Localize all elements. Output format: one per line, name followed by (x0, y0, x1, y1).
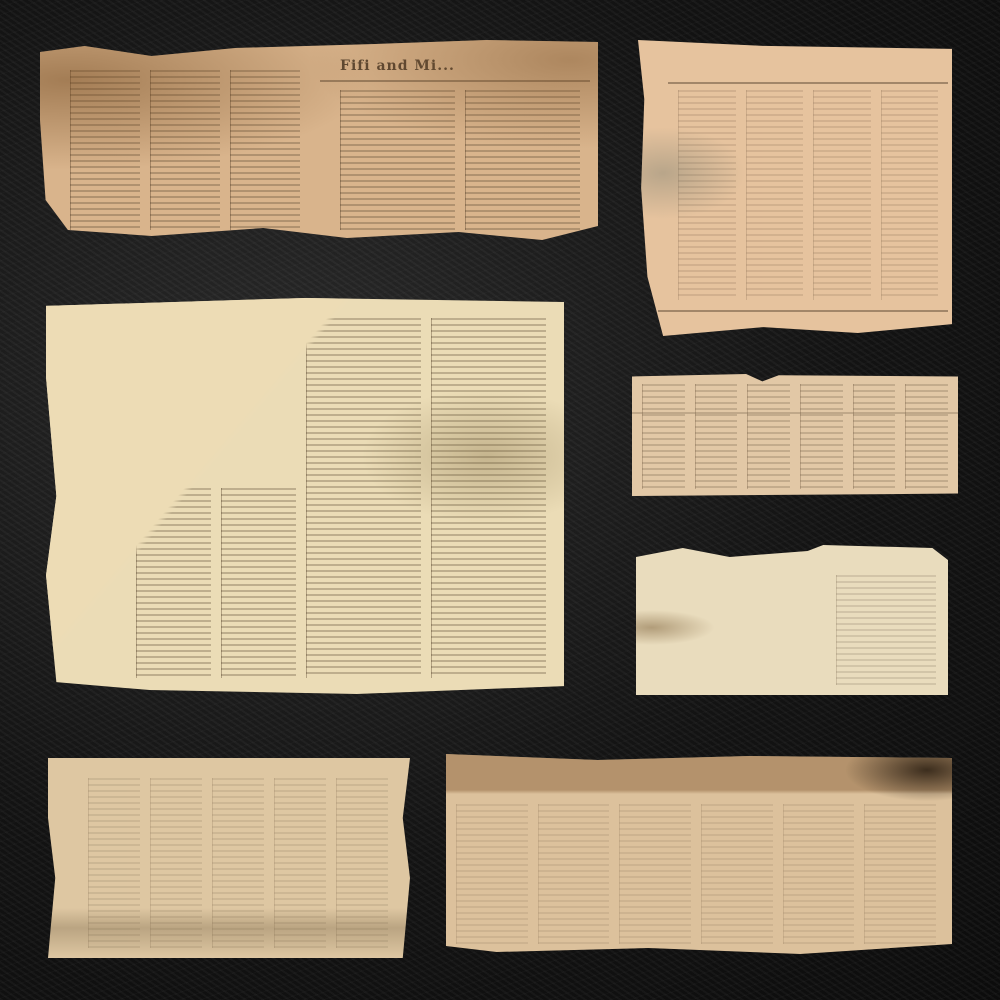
newspaper-scrap-top-left: Fifi and Mi... (40, 40, 598, 240)
newspaper-scrap-right-middle (632, 374, 958, 496)
newspaper-scrap-bottom-left (48, 758, 410, 958)
newspaper-scrap-right-lower (636, 545, 948, 695)
newspaper-scrap-bottom-right (446, 754, 952, 954)
newspaper-scrap-top-right (638, 40, 952, 336)
masthead: Fifi and Mi... (340, 58, 455, 74)
newspaper-scrap-center-large (46, 298, 564, 694)
